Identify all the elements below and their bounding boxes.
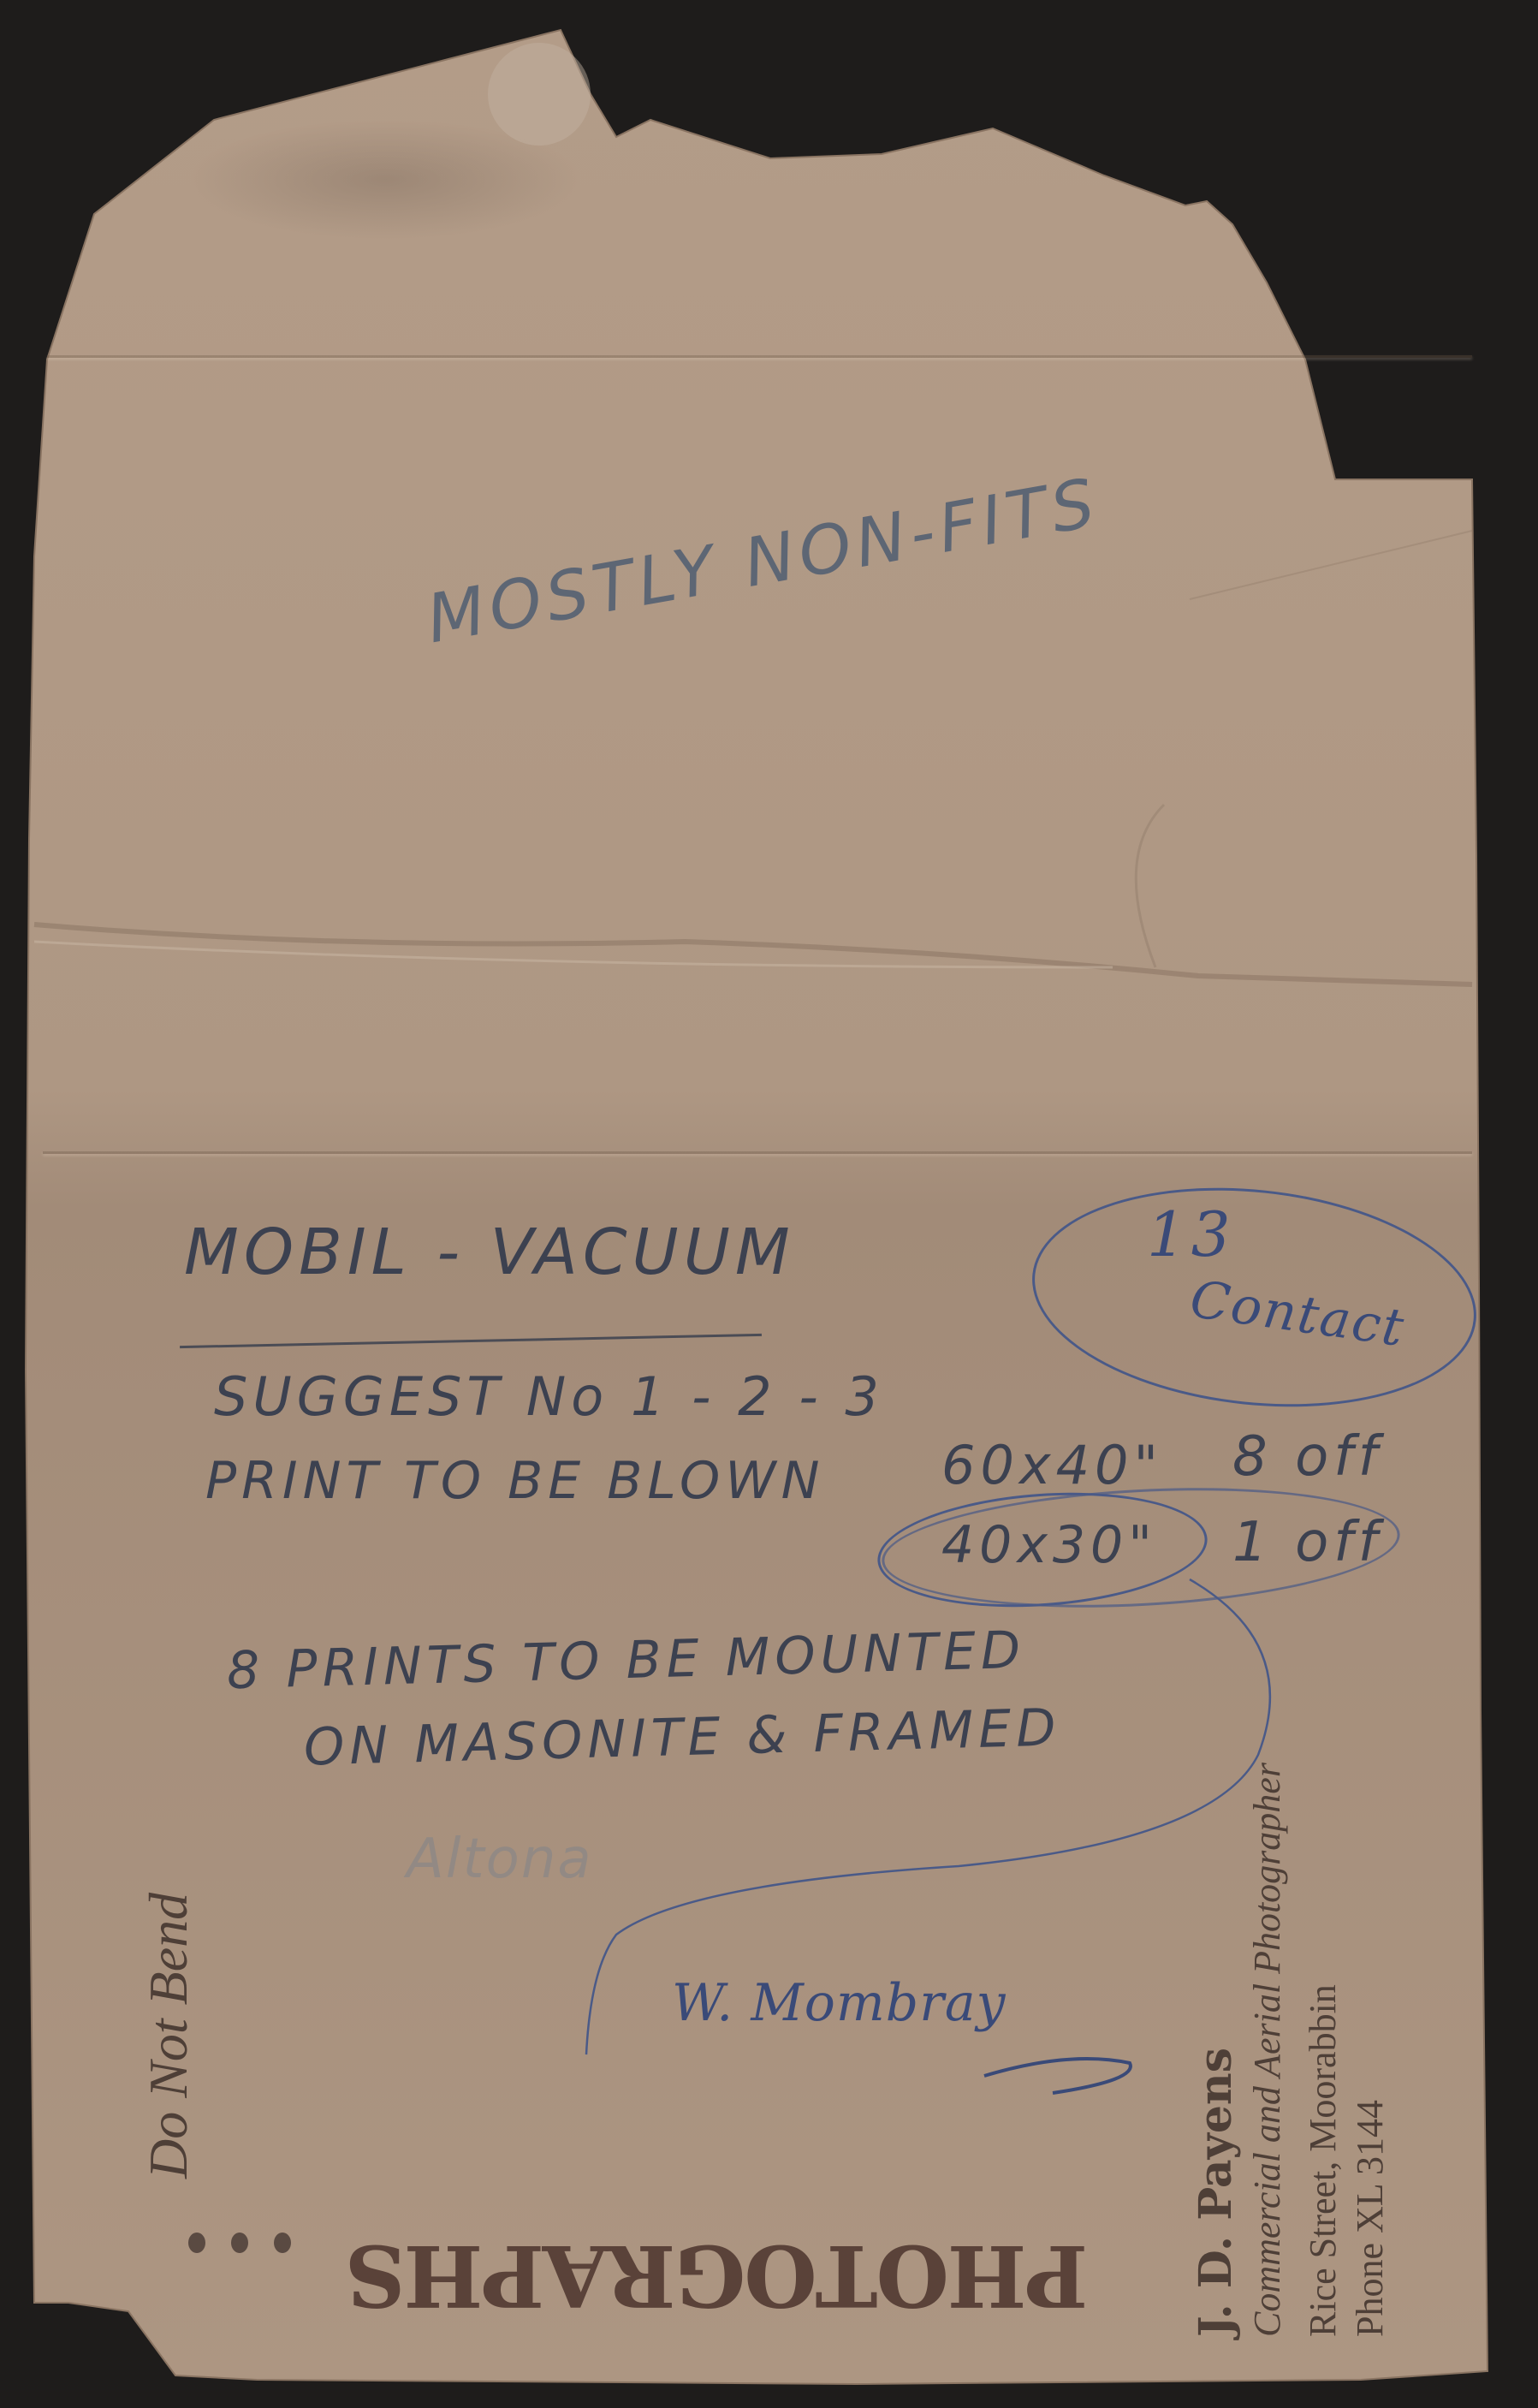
studio-tagline: Commercial and Aerial Photographer [1245,1763,1289,2337]
envelope-scan: MOSTLY NON-FITS MOBIL - VACUUM 13 Contac… [0,0,1538,2408]
do-not-bend-label: Do Not Bend [137,1893,200,2179]
dot-3 [274,2233,291,2253]
studio-name: J. D. Payens [1190,2048,1242,2337]
dot-2 [231,2233,248,2253]
faint-pencil-note: Altona [407,1828,593,1891]
studio-phone: Phone XL 3144 [1348,2100,1392,2337]
studio-address: Rice Street, Moorabbin [1301,1984,1345,2337]
signature: W. Mombray [672,1973,1007,2033]
dot-1 [188,2233,205,2253]
photographs-label: PHOTOGRAPHS [347,2226,1088,2324]
